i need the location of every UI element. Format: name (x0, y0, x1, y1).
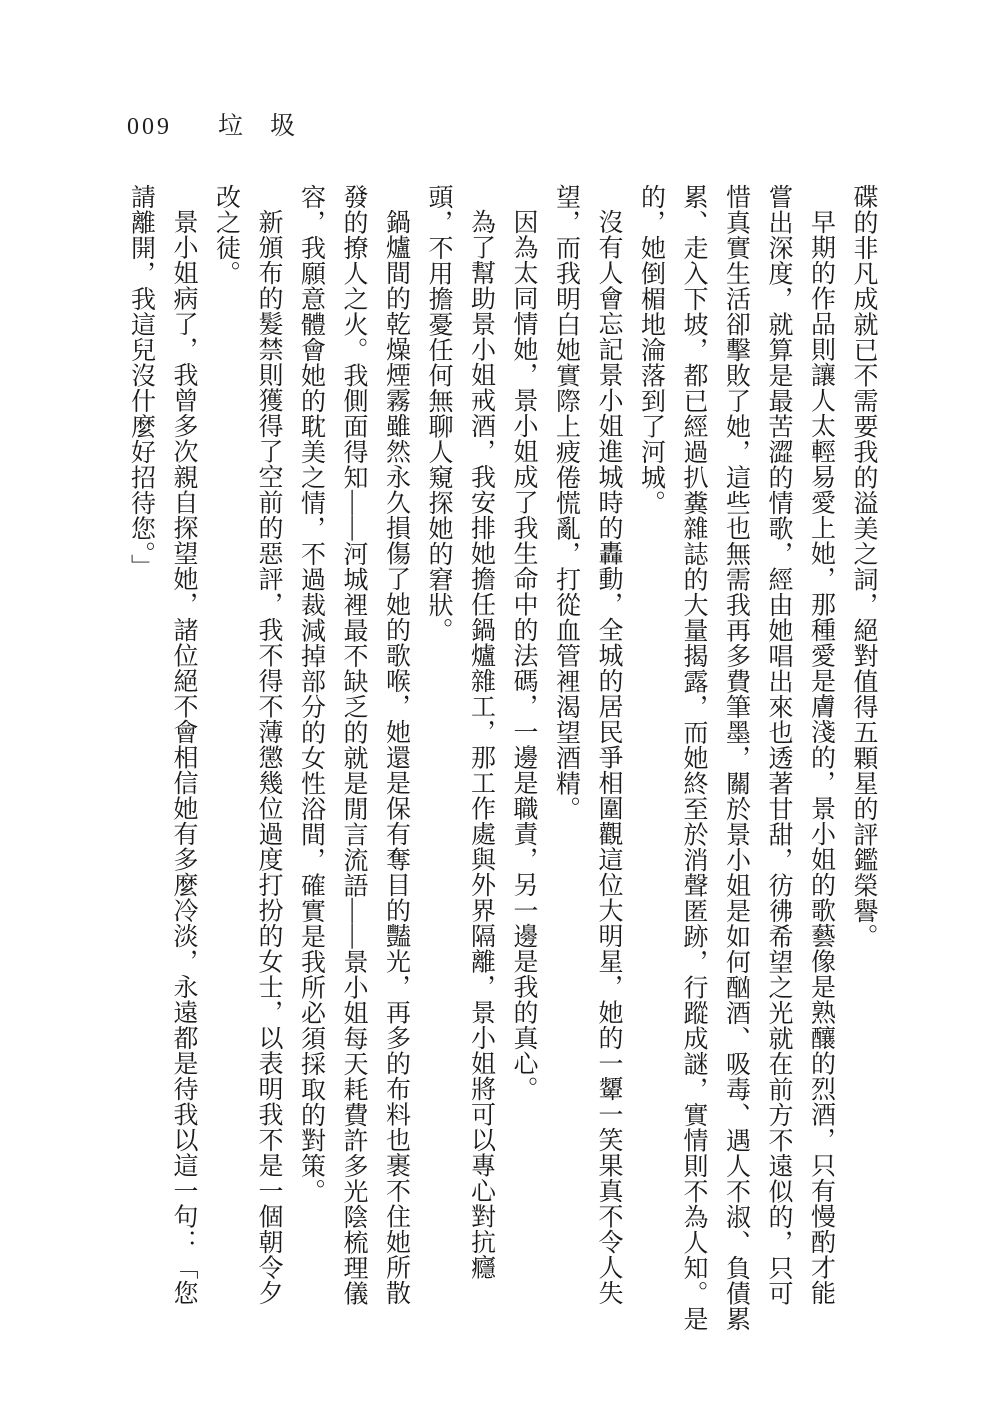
paragraph-4: 因為太同情她，景小姐成了我生命中的法碼，一邊是職責，另一邊是我的真心。 (502, 184, 545, 1354)
paragraph-8: 景小姐病了，我曾多次親自探望她，諸位絕不會相信她有多麼冷淡，永遠都是待我以這一句… (119, 184, 204, 1354)
paragraph-continuation: 碟的非凡成就已不需要我的溢美之詞，絕對值得五顆星的評鑑榮譽。 (842, 184, 885, 1354)
paragraph-7: 新頒布的髮禁則獲得了空前的惡評，我不得不薄懲幾位過度打扮的女士，以表明我不是一個… (204, 184, 289, 1354)
body-text: 碟的非凡成就已不需要我的溢美之詞，絕對值得五顆星的評鑑榮譽。 早期的作品則讓人太… (119, 184, 884, 1354)
book-page: 009垃圾 碟的非凡成就已不需要我的溢美之詞，絕對值得五顆星的評鑑榮譽。 早期的… (0, 0, 1000, 1419)
paragraph-2: 早期的作品則讓人太輕易愛上她，那種愛是膚淺的，景小姐的歌藝像是熟釀的烈酒，只有慢… (629, 184, 842, 1354)
page-header: 009垃圾 (127, 106, 322, 142)
paragraph-3: 沒有人會忘記景小姐進城時的轟動，全城的居民爭相圍觀這位大明星，她的一顰一笑果真不… (544, 184, 629, 1354)
page-number: 009 (127, 114, 172, 141)
running-title: 垃圾 (218, 106, 322, 142)
paragraph-6: 鍋爐間的乾燥煙霧雖然永久損傷了她的歌喉，她還是保有奪目的豔光，再多的布料也裹不住… (289, 184, 417, 1354)
paragraph-5: 為了幫助景小姐戒酒，我安排她擔任鍋爐雜工，那工作處與外界隔離，景小姐將可以專心對… (417, 184, 502, 1354)
